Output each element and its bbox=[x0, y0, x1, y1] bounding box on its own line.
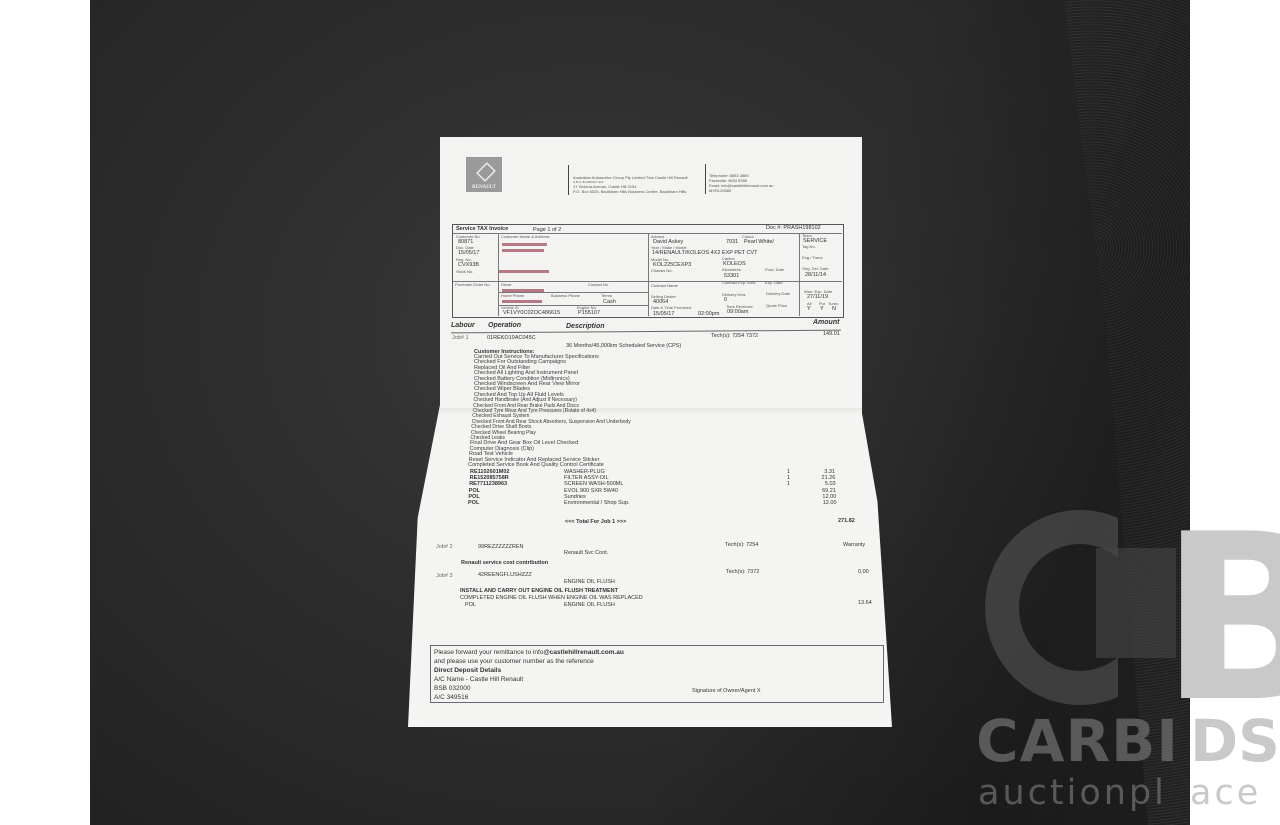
job3-operation: 42REENGFLUSHZZZ bbox=[478, 573, 532, 579]
label-customer-name: Customer Name & Address bbox=[501, 235, 549, 239]
job3-description: ENGINE OIL FLUSH bbox=[564, 580, 615, 586]
instruction-line: Completed Service Book And Quality Contr… bbox=[468, 463, 604, 469]
job1-amount: 149.01 bbox=[823, 332, 840, 338]
job3-note: COMPLETED ENGINE OIL FLUSH WHEN ENGINE O… bbox=[460, 596, 643, 602]
part-amount: 12.00 bbox=[807, 501, 837, 507]
job3-note-bold: INSTALL AND CARRY OUT ENGINE OIL FLUSH T… bbox=[460, 589, 618, 595]
orig-del-date: 28/11/14 bbox=[805, 273, 826, 279]
dealer-mvrl: MVRL26580 bbox=[709, 189, 731, 193]
job2-techs: Tech(s): 7254 bbox=[725, 543, 758, 549]
job1-techs: Tech(s): 7254 7372 bbox=[711, 334, 758, 340]
label-kilometres: Kilometres bbox=[722, 268, 741, 272]
reg-no: CVX93B bbox=[458, 263, 479, 269]
label-terms: Terms bbox=[601, 294, 612, 298]
job3-amount: 0.00 bbox=[858, 570, 869, 576]
job1-total-label: <<< Total For Job 1 >>> bbox=[565, 520, 626, 526]
label-quote-price: Quote Price bbox=[766, 304, 787, 308]
carbids-tagline: auctionpl bbox=[978, 776, 1167, 811]
renault-logo: RENAULT bbox=[466, 157, 502, 192]
label-date-promised: Date & Time Promised bbox=[651, 306, 691, 310]
signature-line: Signature of Owner/Agent X bbox=[692, 689, 760, 695]
job3-part-no: POL bbox=[465, 603, 476, 609]
redacted-driver bbox=[502, 289, 544, 292]
redacted-address bbox=[502, 249, 544, 252]
col-operation: Operation bbox=[488, 322, 521, 329]
remit-line2: and please use your customer number as t… bbox=[434, 659, 594, 666]
job2-label: Job# 2 bbox=[436, 545, 453, 551]
label-driver: Driver bbox=[501, 283, 512, 287]
time-received: 09:00am bbox=[727, 310, 748, 316]
part-number: POL bbox=[468, 501, 479, 507]
job2-description: Renault Svc Cont. bbox=[564, 551, 608, 557]
label-contract-name: Contract Name bbox=[651, 284, 678, 288]
dealer-address2: P.O. Box 6025, Baulkham Hills Business C… bbox=[573, 190, 686, 194]
warr-exp-date: 27/11/19 bbox=[807, 295, 828, 301]
logo-text: RENAULT bbox=[466, 185, 502, 190]
year-make-model: 14/RENAULT/KOLEOS 4X2 EXP PET CVT bbox=[652, 251, 757, 257]
part-qty: 1 bbox=[787, 482, 790, 488]
renault-diamond-icon bbox=[476, 162, 496, 182]
label-contract-exp-kms: Contract Exp. Kms bbox=[722, 281, 755, 285]
carbids-brand: CARBI bbox=[976, 712, 1179, 770]
time-promised: 02:00pm bbox=[698, 312, 719, 318]
grid-line bbox=[648, 233, 649, 316]
job2-operation: 99REZZZZZZREN bbox=[478, 545, 524, 551]
col-labour: Labour bbox=[451, 322, 475, 329]
label-delivery-date: Delivery Date bbox=[766, 292, 790, 296]
job3-part-description: ENGINE OIL FLUSH bbox=[564, 603, 615, 609]
label-tag-no: Tag No. bbox=[802, 245, 816, 249]
divider bbox=[705, 164, 706, 194]
job3-part-amount: 13.64 bbox=[858, 601, 872, 607]
redacted-phone bbox=[502, 300, 542, 303]
doc-date: 15/05/17 bbox=[458, 251, 479, 257]
redacted-address bbox=[499, 270, 549, 273]
job2-amount: Warranty bbox=[843, 543, 865, 549]
job1-description: 36 Months/45,000km Scheduled Service (CP… bbox=[566, 344, 681, 350]
label-purchase-order: Purchase Order No. bbox=[455, 283, 491, 287]
air: Y bbox=[807, 307, 811, 313]
label-business-phone: Business Phone bbox=[551, 294, 580, 298]
job1-label: Job# 1 bbox=[452, 336, 469, 342]
turbo: N bbox=[832, 307, 836, 313]
job3-techs: Tech(s): 7372 bbox=[726, 570, 759, 576]
label-exp-date: Exp. Date bbox=[765, 281, 783, 285]
deposit-title: Direct Deposit Details bbox=[434, 668, 501, 675]
date-promised: 15/05/17 bbox=[653, 312, 674, 318]
grid-line bbox=[799, 233, 800, 316]
redacted-name bbox=[502, 243, 547, 246]
pur: Y bbox=[820, 307, 824, 313]
col-amount: Amount bbox=[813, 319, 839, 326]
terms: Cash bbox=[603, 300, 616, 306]
carbids-brand-tail: DS bbox=[1190, 712, 1280, 770]
label-home-phone: Home Phone bbox=[501, 294, 524, 298]
grid-line bbox=[498, 233, 499, 316]
job1-operation: 01REKO10AC045C bbox=[487, 336, 536, 342]
carbids-tagline-tail: ace bbox=[1190, 776, 1261, 811]
vehicle-id: VF1VY0C02OC486615 bbox=[503, 311, 560, 317]
invoice-title: Service TAX Invoice bbox=[456, 227, 508, 233]
colour: Pearl White/ bbox=[744, 240, 774, 246]
carbids-logo-b: B bbox=[1160, 505, 1280, 735]
remit-line1: Please forward your remittance to info@c… bbox=[434, 650, 624, 657]
job2-note: Renault service cost contribution bbox=[461, 561, 548, 567]
label-contact-no: Contact No. bbox=[588, 283, 609, 287]
bsb: BSB 032000 bbox=[434, 686, 471, 693]
doc-number: Doc #: PRASH198102 bbox=[766, 226, 821, 232]
label-eng-trans: Eng / Trans bbox=[802, 256, 822, 260]
remit-email: @castlehillrenault.com.au bbox=[543, 649, 623, 656]
ac-number: A/C 349516 bbox=[434, 695, 468, 702]
part-description: Environmental / Shop Sup. bbox=[564, 501, 629, 507]
kilometres: 53301 bbox=[724, 274, 739, 280]
grid-line bbox=[498, 305, 648, 306]
label-orig-del: Orig. Del. Date bbox=[802, 267, 828, 271]
ac-name: A/C Name - Castle Hill Renault bbox=[434, 677, 523, 684]
job1-total: 271.82 bbox=[838, 519, 855, 525]
delivery-kms: 0 bbox=[724, 298, 727, 304]
engine-no: P155107 bbox=[578, 311, 600, 317]
label-stock-no: Stock No. bbox=[456, 270, 473, 274]
col-description: Description bbox=[566, 323, 605, 330]
remit-prefix: Please forward your remittance to info bbox=[434, 649, 543, 656]
label-prod-date: Prod. Date bbox=[765, 268, 784, 272]
advisor-code: 7031 bbox=[726, 240, 738, 246]
job3-label: Job# 3 bbox=[436, 574, 453, 580]
label-chassis: Chassis No. bbox=[651, 269, 673, 273]
divider bbox=[568, 165, 569, 195]
